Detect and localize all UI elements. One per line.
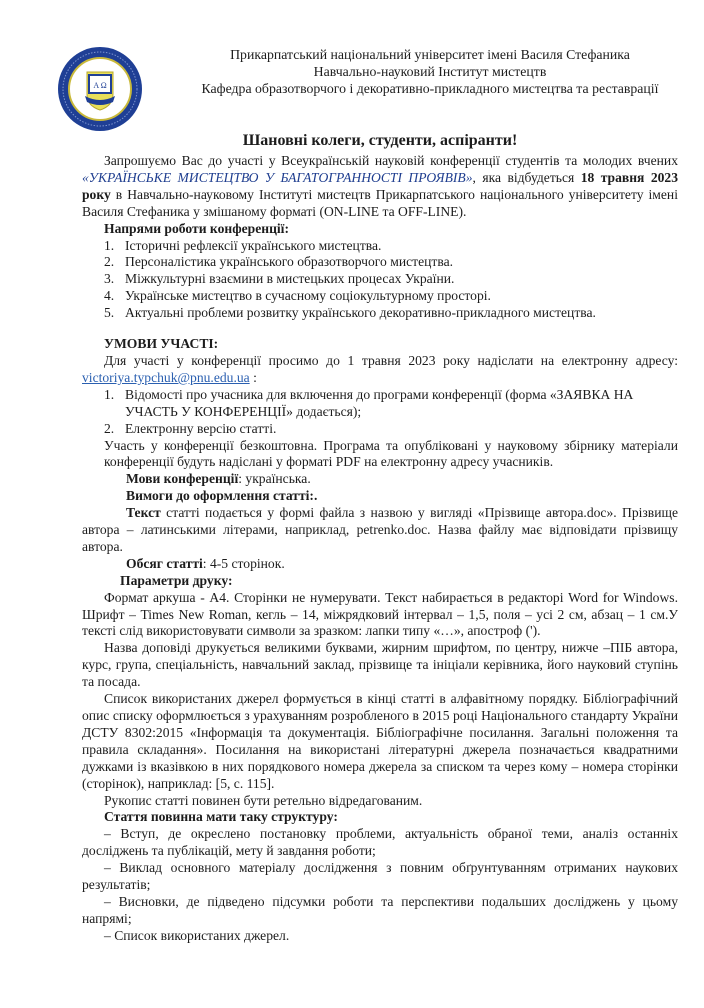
structure-item: – Висновки, де підведено підсумки роботи… xyxy=(82,894,678,928)
svg-text:A Ω: A Ω xyxy=(93,81,106,90)
print-parameters-paragraph: Формат аркуша - А4. Сторінки не нумерува… xyxy=(82,590,678,641)
directions-list: 1.Історичні рефлексії українського мисте… xyxy=(82,238,678,323)
greeting-title: Шановні колеги, студенти, аспіранти! xyxy=(82,131,678,151)
list-item: 2.Електронну версію статті. xyxy=(104,421,678,438)
list-item: 2.Персоналістика українського образотвор… xyxy=(104,254,678,271)
submission-paragraph: Для участі у конференції просимо до 1 тр… xyxy=(82,353,678,387)
submission-list: 1.Відомості про учасника для включення д… xyxy=(82,387,678,438)
language-line: Мови конференції: українська. xyxy=(82,471,678,488)
institution-header: Прикарпатський національний університет … xyxy=(190,46,670,97)
list-item: 5.Актуальні проблеми розвитку українсько… xyxy=(104,305,678,322)
volume-line: Обсяг статті: 4-5 сторінок. xyxy=(82,556,678,573)
title-format-paragraph: Назва доповіді друкується великими буква… xyxy=(82,640,678,691)
contact-email-link[interactable]: victoriya.typchuk@pnu.edu.ua xyxy=(82,370,250,385)
structure-heading: Стаття повинна мати таку структуру: xyxy=(82,809,678,826)
editing-paragraph: Рукопис статті повинен бути ретельно від… xyxy=(82,793,678,810)
intro-paragraph: Запрошуємо Вас до участі у Всеукраїнські… xyxy=(82,153,678,221)
directions-heading: Напрями роботи конференції: xyxy=(82,221,678,238)
conditions-heading: УМОВИ УЧАСТІ: xyxy=(82,336,678,353)
structure-item: – Список використаних джерел. xyxy=(82,928,678,945)
conference-name: «УКРАЇНСЬКЕ МИСТЕЦТВО У БАГАТОГРАННОСТІ … xyxy=(82,170,473,185)
file-naming-paragraph: Текст статті подається у формі файла з н… xyxy=(82,505,678,556)
institute-name: Навчально-науковий Інститут мистецтв xyxy=(190,63,670,80)
list-item: 3.Міжкультурні взаємини в мистецьких про… xyxy=(104,271,678,288)
structure-item: – Вступ, де окреслено постановку проблем… xyxy=(82,826,678,860)
print-parameters-heading: Параметри друку: xyxy=(82,573,678,590)
references-paragraph: Список використаних джерел формується в … xyxy=(82,691,678,792)
university-name: Прикарпатський національний університет … xyxy=(190,46,670,63)
list-item: 4.Українське мистецтво в сучасному соціо… xyxy=(104,288,678,305)
list-item: 1.Історичні рефлексії українського мисте… xyxy=(104,238,678,255)
free-participation-paragraph: Участь у конференції безкоштовна. Програ… xyxy=(82,438,678,472)
requirements-heading: Вимоги до оформлення статті:. xyxy=(82,488,678,505)
university-seal-icon: A Ω xyxy=(57,46,143,132)
document-body: Шановні колеги, студенти, аспіранти! Зап… xyxy=(82,131,678,945)
list-item: 1.Відомості про учасника для включення д… xyxy=(104,387,678,421)
department-name: Кафедра образотворчого і декоративно-при… xyxy=(190,80,670,97)
structure-item: – Виклад основного матеріалу дослідження… xyxy=(82,860,678,894)
